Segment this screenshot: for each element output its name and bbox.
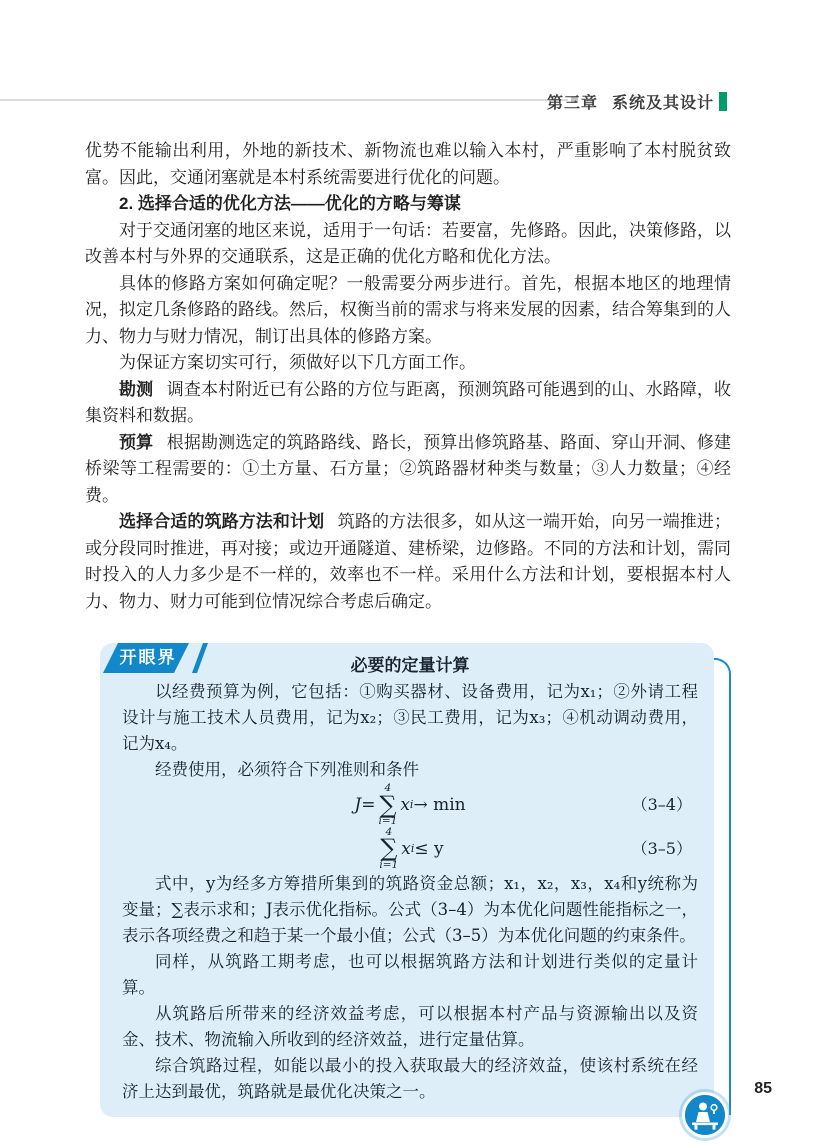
eyeopener-box: 开眼界 必要的定量计算 以经费预算为例，它包括：①购买器材、设备费用，记为x₁；…: [100, 643, 731, 1117]
formula-3-4: J = 4∑i=1xi → min （3–4）: [122, 783, 698, 827]
box-paragraph: 同样，从筑路工期考虑，也可以根据筑路方法和计划进行类似的定量计算。: [122, 949, 698, 1001]
section-heading: 2. 选择合适的优化方法——优化的方略与筹谋: [85, 191, 731, 218]
formula-tag: （3–4）: [632, 792, 692, 818]
box-paragraph: 经费使用，必须符合下列准则和条件: [122, 757, 698, 783]
box-paragraph: 从筑路后所带来的经济效益考虑，可以根据本村产品与资源输出以及资金、技术、物流输入…: [122, 1001, 698, 1053]
textbook-page: 第三章系统及其设计 优势不能输出利用，外地的新技术、新物流也难以输入本村，严重影…: [0, 0, 816, 1145]
person-studying-icon: [685, 1095, 725, 1135]
lead-survey-text: 调查本村附近已有公路的方位与距离，预测筑路可能遇到的山、水路障，收集资料和数据。: [85, 380, 731, 426]
lead-survey: 勘测: [119, 380, 153, 399]
paragraph-survey: 勘测调查本村附近已有公路的方位与距离，预测筑路可能遇到的山、水路障，收集资料和数…: [85, 377, 731, 430]
chapter-title: 系统及其设计: [612, 95, 714, 112]
paragraph: 对于交通闭塞的地区来说，适用于一句话：若要富，先修路。因此，决策修路，以改善本村…: [85, 218, 731, 271]
lead-method: 选择合适的筑路方法和计划: [119, 512, 324, 531]
body-text: 优势不能输出利用，外地的新技术、新物流也难以输入本村，严重影响了本村脱贫致富。因…: [85, 138, 731, 1117]
box-title: 必要的定量计算: [122, 653, 698, 679]
paragraph-method: 选择合适的筑路方法和计划筑路的方法很多，如从这一端开始，向另一端推进；或分段同时…: [85, 509, 731, 615]
paragraph-intro: 优势不能输出利用，外地的新技术、新物流也难以输入本村，严重影响了本村脱贫致富。因…: [85, 138, 731, 191]
paragraph: 为保证方案切实可行，须做好以下几方面工作。: [85, 350, 731, 377]
page-number: 85: [754, 1080, 772, 1098]
formula-tag: （3–5）: [632, 836, 692, 862]
chapter-number: 第三章: [547, 95, 598, 112]
sum-symbol: 4∑i=1: [379, 827, 398, 871]
sum-symbol: 4∑i=1: [378, 783, 397, 827]
formula-3-5-math: 4∑i=1xi ≤ y: [376, 827, 443, 871]
formula-3-4-math: J = 4∑i=1xi → min: [354, 783, 465, 827]
paragraph: 具体的修路方案如何确定呢？一般需要分两步进行。首先，根据本地区的地理情况，拟定几…: [85, 271, 731, 351]
header-accent-bar: [719, 92, 727, 111]
formula-3-5: 4∑i=1xi ≤ y （3–5）: [122, 827, 698, 871]
running-header: 第三章系统及其设计: [0, 90, 714, 113]
box-paragraph: 综合筑路过程，如能以最小的投入获取最大的经济效益，使该村系统在经济上达到最优，筑…: [122, 1053, 698, 1105]
lead-budget: 预算: [119, 433, 153, 452]
paragraph-budget: 预算根据勘测选定的筑路路线、路长，预算出修筑路基、路面、穿山开洞、修建桥梁等工程…: [85, 430, 731, 510]
eyeopener-tab: 开眼界: [103, 643, 189, 673]
box-paragraph: 以经费预算为例，它包括：①购买器材、设备费用，记为x₁；②外请工程设计与施工技术…: [122, 679, 698, 757]
lead-budget-text: 根据勘测选定的筑路路线、路长，预算出修筑路基、路面、穿山开洞、修建桥梁等工程需要…: [85, 433, 731, 505]
eyeopener-panel: 必要的定量计算 以经费预算为例，它包括：①购买器材、设备费用，记为x₁；②外请工…: [100, 643, 714, 1117]
eyeopener-badge-icon: [685, 1095, 725, 1135]
box-paragraph: 式中，y为经多方筹措所集到的筑路资金总额；x₁，x₂，x₃，x₄和y统称为变量；…: [122, 871, 698, 949]
